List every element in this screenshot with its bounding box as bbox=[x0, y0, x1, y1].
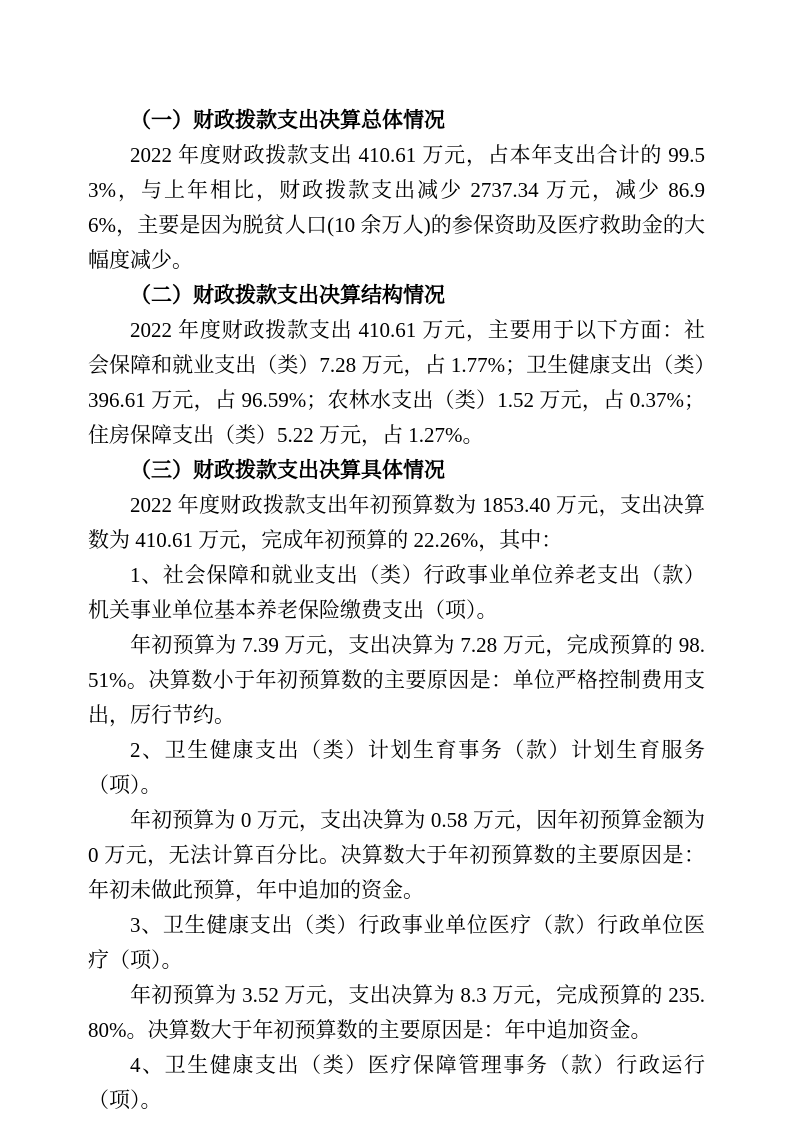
section-heading: （一）财政拨款支出决算总体情况 bbox=[88, 103, 705, 138]
document-page: （一）财政拨款支出决算总体情况 2022 年度财政拨款支出 410.61 万元，… bbox=[0, 0, 793, 1122]
paragraph: 4、卫生健康支出（类）医疗保障管理事务（款）行政运行（项）。 bbox=[88, 1048, 705, 1118]
section-structure-situation: （二）财政拨款支出决算结构情况 2022 年度财政拨款支出 410.61 万元，… bbox=[88, 278, 705, 453]
document-body: （一）财政拨款支出决算总体情况 2022 年度财政拨款支出 410.61 万元，… bbox=[88, 103, 705, 1118]
paragraph: 年初预算为 3.52 万元，支出决算为 8.3 万元，完成预算的 235.80%… bbox=[88, 978, 705, 1048]
section-heading: （二）财政拨款支出决算结构情况 bbox=[88, 278, 705, 313]
paragraph: 1、社会保障和就业支出（类）行政事业单位养老支出（款）机关事业单位基本养老保险缴… bbox=[88, 558, 705, 628]
section-heading: （三）财政拨款支出决算具体情况 bbox=[88, 453, 705, 488]
paragraph: 2、卫生健康支出（类）计划生育事务（款）计划生育服务（项）。 bbox=[88, 733, 705, 803]
section-specific-situation: （三）财政拨款支出决算具体情况 2022 年度财政拨款支出年初预算数为 1853… bbox=[88, 453, 705, 1118]
paragraph: 年初预算为 0 万元，支出决算为 0.58 万元，因年初预算金额为 0 万元，无… bbox=[88, 803, 705, 908]
paragraph: 2022 年度财政拨款支出 410.61 万元，占本年支出合计的 99.53%，… bbox=[88, 138, 705, 278]
paragraph: 年初预算为 7.39 万元，支出决算为 7.28 万元，完成预算的 98.51%… bbox=[88, 628, 705, 733]
paragraph: 2022 年度财政拨款支出 410.61 万元，主要用于以下方面：社会保障和就业… bbox=[88, 313, 705, 453]
paragraph: 3、卫生健康支出（类）行政事业单位医疗（款）行政单位医疗（项）。 bbox=[88, 908, 705, 978]
paragraph: 2022 年度财政拨款支出年初预算数为 1853.40 万元，支出决算数为 41… bbox=[88, 488, 705, 558]
section-overall-situation: （一）财政拨款支出决算总体情况 2022 年度财政拨款支出 410.61 万元，… bbox=[88, 103, 705, 278]
